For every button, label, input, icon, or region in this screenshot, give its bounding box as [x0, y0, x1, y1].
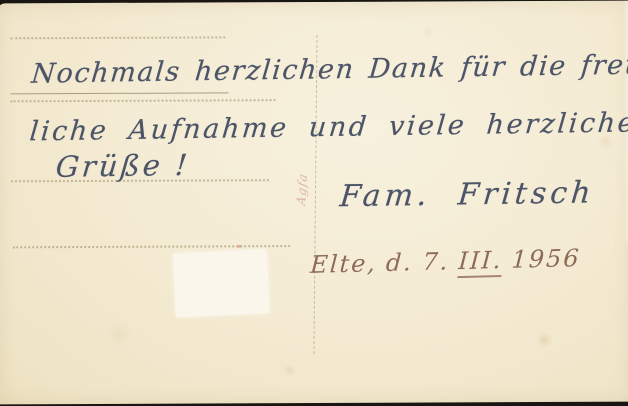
- date-month-roman: III.: [458, 246, 504, 278]
- address-rule-2: [11, 92, 229, 94]
- postcard-back: Agfa Nochmals herzlichen Dank für die fr…: [0, 1, 628, 405]
- address-rule-3: [11, 99, 276, 102]
- date-day: d. 7.: [385, 247, 450, 280]
- agfa-watermark: Agfa: [294, 171, 310, 206]
- address-rule-1: [10, 36, 225, 39]
- date-place: Elte,: [309, 249, 378, 282]
- stamp-residue-patch: [173, 249, 270, 317]
- date-year: 1956: [511, 244, 582, 277]
- address-rule-5: [13, 245, 290, 248]
- handwriting-line-1: Nochmals herzlichen Dank für die freund-: [30, 49, 628, 90]
- date-line: Elte, d. 7. III. 1956: [309, 244, 581, 282]
- handwriting-line-2: liche Aufnahme und viele herzliche: [28, 107, 628, 147]
- handwriting-line-3: Grüße !: [54, 148, 191, 184]
- signature: Fam. Fritsch: [338, 175, 596, 214]
